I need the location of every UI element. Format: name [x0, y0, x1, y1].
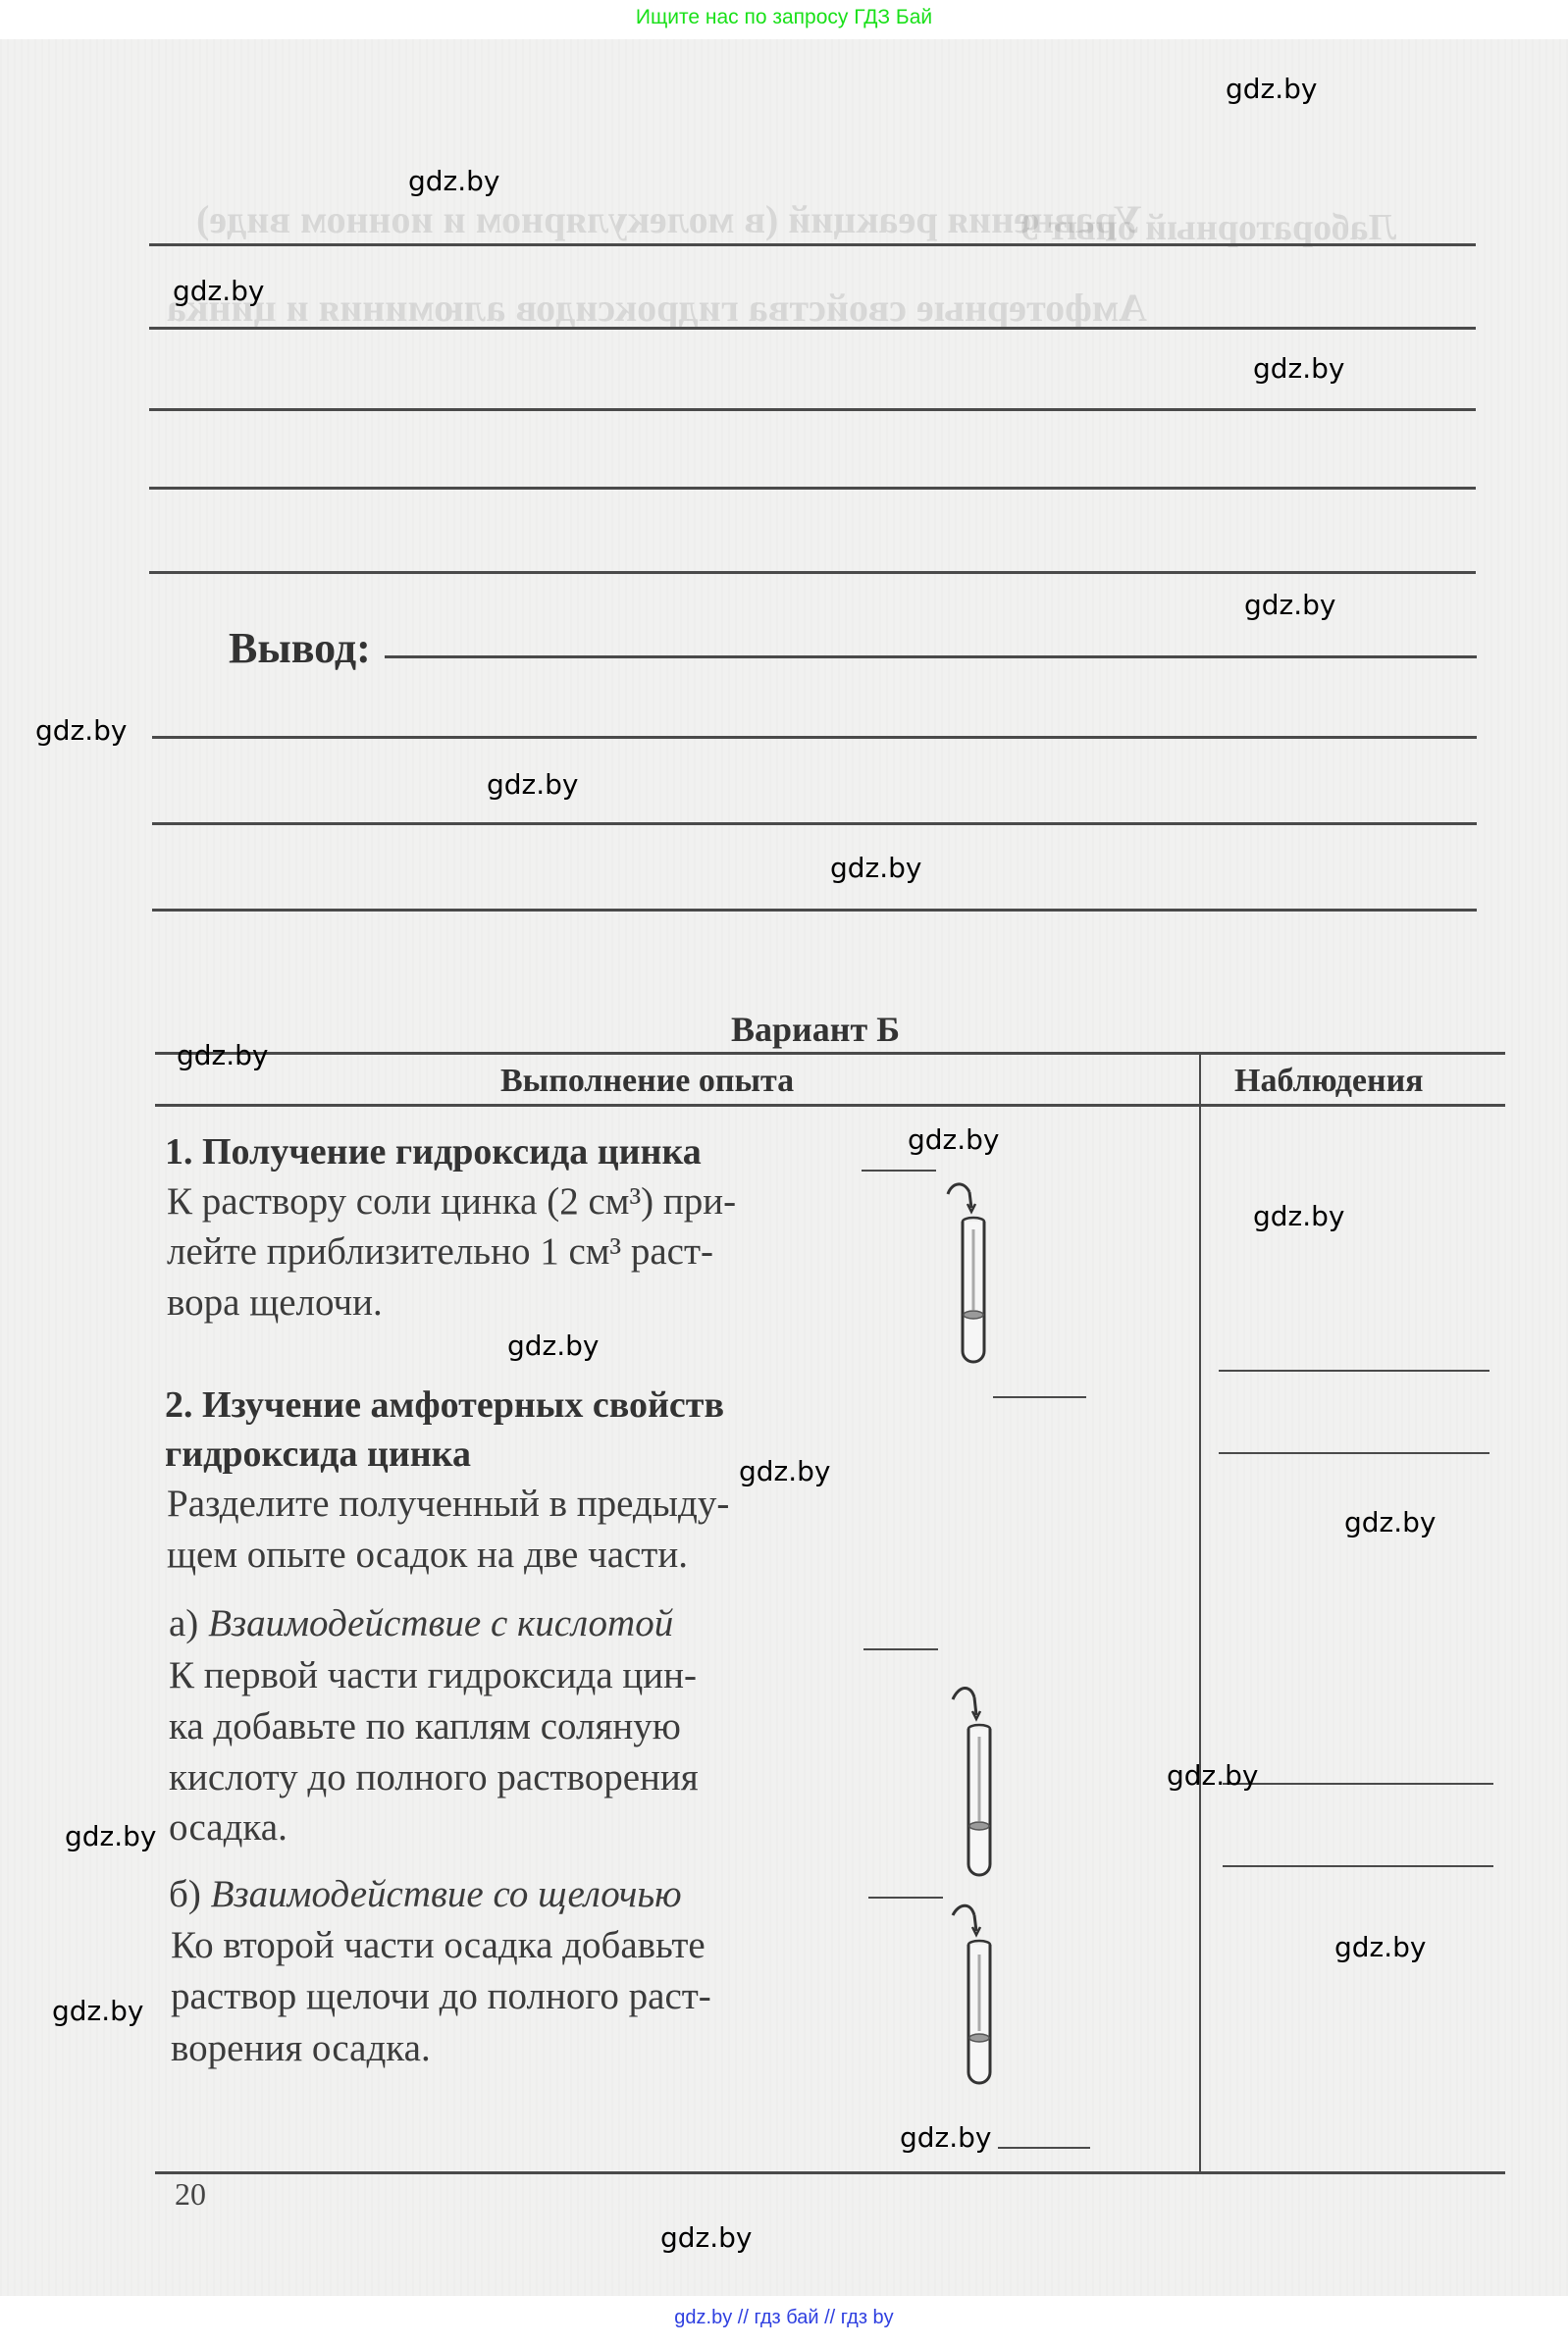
- watermark: gdz.by: [1167, 1759, 1259, 1792]
- answer-line[interactable]: [152, 909, 1477, 912]
- answer-line[interactable]: [152, 736, 1477, 739]
- answer-line[interactable]: [149, 408, 1476, 411]
- sub-b-text: Ко второй части осадка добавьте: [171, 1923, 706, 1967]
- sub-b-text: ворения осадка.: [171, 2026, 431, 2070]
- watermark: gdz.by: [35, 714, 128, 747]
- table-bottom-border: [155, 2171, 1505, 2174]
- answer-line[interactable]: [152, 822, 1477, 825]
- observation-line[interactable]: [1223, 1865, 1493, 1867]
- step-1-text: вора щелочи.: [167, 1280, 383, 1325]
- table-header-border: [155, 1104, 1505, 1107]
- answer-line[interactable]: [149, 487, 1476, 490]
- sub-a-heading: а) Взаимодействие с кислотой: [169, 1601, 673, 1645]
- sub-a-text: осадка.: [169, 1805, 287, 1850]
- answer-line[interactable]: [149, 571, 1476, 574]
- answer-line[interactable]: [149, 243, 1476, 246]
- page-number: 20: [175, 2176, 206, 2213]
- table-top-border: [155, 1052, 1505, 1055]
- step-2-intro: Разделите полученный в предыду-: [167, 1482, 729, 1526]
- watermark: gdz.by: [487, 768, 579, 801]
- observation-line[interactable]: [1223, 1783, 1493, 1785]
- column-header-observations: Наблюдения: [1234, 1063, 1424, 1100]
- sub-b-text: раствор щелочи до полного раст-: [171, 1974, 711, 2018]
- sub-a-text: ка добавьте по каплям соляную: [169, 1704, 681, 1748]
- bleed-through-text: Амфотерные свойства гидроксидов алюминия…: [167, 285, 1147, 331]
- watermark: gdz.by: [173, 275, 265, 307]
- bottom-banner[interactable]: gdz.by // гдз бай // гдз by: [0, 2296, 1568, 2346]
- top-banner[interactable]: Ищите нас по запросу ГДЗ Бай: [0, 0, 1568, 39]
- step-1-title: 1. Получение гидроксида цинка: [165, 1130, 702, 1173]
- watermark: gdz.by: [177, 1039, 269, 1071]
- tube-label-line[interactable]: [868, 1897, 943, 1899]
- step-1-text: лейте приблизительно 1 см³ раст-: [167, 1229, 713, 1274]
- watermark: gdz.by: [1344, 1506, 1437, 1538]
- test-tube-icon: [947, 1903, 1006, 2090]
- watermark: gdz.by: [1244, 589, 1336, 621]
- watermark: gdz.by: [660, 2221, 753, 2254]
- sub-a-text: кислоту до полного растворения: [169, 1755, 699, 1799]
- watermark: gdz.by: [52, 1995, 144, 2027]
- test-tube-icon: [942, 1182, 1001, 1369]
- step-1-text: К раствору соли цинка (2 см³) при-: [167, 1179, 736, 1224]
- sub-a-text: К первой части гидроксида цин-: [169, 1653, 697, 1697]
- column-header-procedure: Выполнение опыта: [500, 1063, 794, 1100]
- step-2-intro: щем опыте осадок на две части.: [167, 1533, 688, 1577]
- tube-label-line[interactable]: [863, 1648, 938, 1650]
- tube-label-line[interactable]: [998, 2147, 1090, 2149]
- watermark: gdz.by: [1226, 73, 1318, 105]
- watermark: gdz.by: [830, 852, 922, 884]
- sub-b-title: Взаимодействие со щелочью: [211, 1873, 682, 1915]
- sub-a-title: Взаимодействие с кислотой: [208, 1602, 673, 1644]
- test-tube-icon: [947, 1686, 1006, 1882]
- watermark: gdz.by: [1253, 1200, 1345, 1232]
- step-2-title: гидроксида цинка: [165, 1433, 471, 1476]
- watermark: gdz.by: [739, 1455, 831, 1487]
- conclusion-line[interactable]: [385, 655, 1477, 658]
- watermark: gdz.by: [1334, 1931, 1427, 1963]
- tube-label-line[interactable]: [862, 1170, 936, 1172]
- sub-a-marker: а): [169, 1602, 198, 1644]
- watermark: gdz.by: [408, 165, 500, 197]
- watermark: gdz.by: [507, 1329, 600, 1362]
- watermark: gdz.by: [908, 1123, 1000, 1156]
- observation-line[interactable]: [1219, 1370, 1490, 1372]
- watermark: gdz.by: [1253, 352, 1345, 385]
- observation-line[interactable]: [1219, 1452, 1490, 1454]
- bleed-through-text: Уравнения реакций (в молекулярном и ионн…: [196, 196, 1142, 242]
- sub-b-marker: б): [169, 1873, 201, 1915]
- table-column-divider: [1199, 1052, 1201, 2172]
- sub-b-heading: б) Взаимодействие со щелочью: [169, 1872, 682, 1916]
- answer-line[interactable]: [149, 327, 1476, 330]
- watermark: gdz.by: [65, 1820, 157, 1852]
- variant-title: Вариант Б: [731, 1009, 900, 1050]
- step-2-title: 2. Изучение амфотерных свойств: [165, 1383, 724, 1427]
- watermark: gdz.by: [900, 2121, 992, 2154]
- tube-label-line[interactable]: [993, 1396, 1086, 1398]
- conclusion-label: Вывод:: [229, 623, 371, 673]
